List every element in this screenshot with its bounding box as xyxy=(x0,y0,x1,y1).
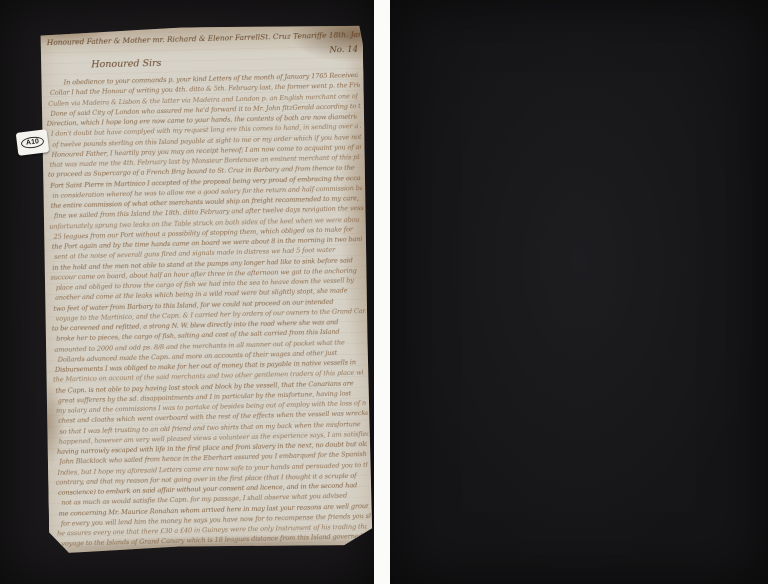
page-number: No. 14 xyxy=(329,45,358,56)
letter-heading-dateline: St. Cruz Tenariffe 18th. Janry. 1766 xyxy=(260,29,373,41)
letter-heading: Honoured Father & Mother mr. Richard & E… xyxy=(47,30,355,47)
letter-heading-recipients: Honoured Father & Mother mr. Richard & E… xyxy=(47,33,261,48)
panel-gutter xyxy=(374,0,390,584)
letter-body: In obedience to your commands p. your ki… xyxy=(48,70,370,550)
archive-label: A10 xyxy=(16,129,50,156)
left-photo-panel: Honoured Father & Mother mr. Richard & E… xyxy=(0,0,374,584)
salutation: Honoured Sirs xyxy=(91,58,161,70)
manuscript-photo-composite: Honoured Father & Mother mr. Richard & E… xyxy=(0,0,768,584)
letter-page: Honoured Father & Mother mr. Richard & E… xyxy=(39,24,374,554)
right-photo-panel: Mr. John fitzGerald MerchantIn Waterford… xyxy=(390,0,768,584)
archive-label-text: A10 xyxy=(20,136,44,150)
